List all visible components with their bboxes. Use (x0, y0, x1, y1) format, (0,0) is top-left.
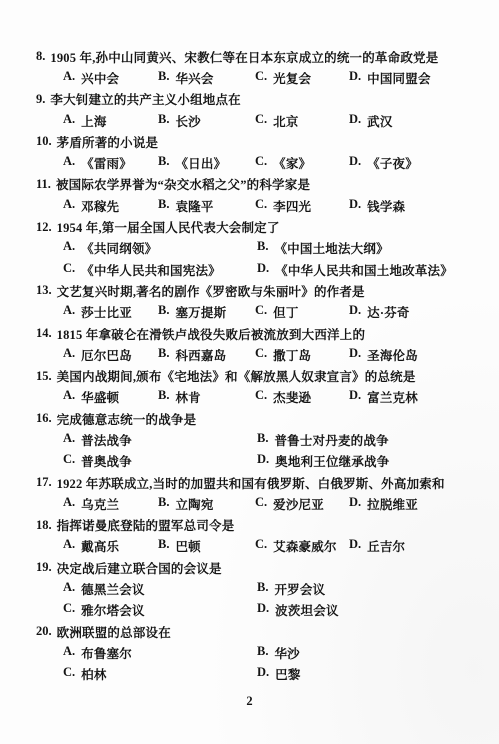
option-a: A.华盛顿 (63, 388, 158, 406)
option-text: 但丁 (273, 303, 298, 321)
option-label: A. (63, 537, 75, 555)
options-row: A.莎士比亚 B.塞万提斯 C.但丁 D.达·芬奇 (36, 302, 473, 323)
option-text: 李四光 (273, 197, 311, 215)
option-text: 拉脱维亚 (367, 495, 418, 513)
option-text: 普法战争 (81, 431, 132, 449)
option-d: D.拉脱维亚 (349, 495, 473, 513)
option-text: 钱学森 (367, 197, 405, 215)
option-label: D. (349, 346, 361, 364)
option-b: B.开罗会议 (257, 580, 473, 598)
option-d: D.圣海伦岛 (349, 346, 473, 364)
option-a: A.莎士比亚 (63, 303, 158, 321)
option-a: A.普法战争 (63, 431, 257, 449)
question-block-12: 12. 1954 年,第一届全国人民代表大会制定了 A.《共同纲领》 B.《中国… (36, 216, 473, 280)
option-a: A.邓稼先 (63, 197, 158, 215)
option-label: B. (257, 431, 268, 449)
question-number: 17. (36, 475, 52, 490)
option-b: B.长沙 (158, 112, 255, 130)
option-label: A. (63, 346, 75, 364)
options-row: A.厄尔巴岛 B.科西嘉岛 C.撒丁岛 D.圣海伦岛 (36, 344, 473, 365)
option-label: D. (349, 537, 361, 555)
option-label: B. (158, 69, 169, 87)
option-text: 《日出》 (175, 154, 226, 172)
option-text: 布鲁塞尔 (81, 644, 132, 662)
option-text: 《家》 (273, 154, 311, 172)
option-label: B. (158, 388, 169, 406)
options-row: C.普奥战争 D.奥地利王位继承战争 (36, 451, 473, 472)
option-label: D. (349, 495, 361, 513)
option-label: C. (255, 112, 267, 130)
option-text: 北京 (273, 112, 298, 130)
option-text: 普鲁士对丹麦的战争 (274, 431, 388, 449)
option-a: A.《雷雨》 (63, 154, 158, 172)
question-text: 被国际农学界誉为“杂交水稻之父”的科学家是 (56, 175, 310, 193)
question-line: 11. 被国际农学界誉为“杂交水稻之父”的科学家是 (36, 174, 473, 195)
options-row: A.布鲁塞尔 B.华沙 (36, 642, 473, 663)
question-line: 17. 1922 年苏联成立,当时的加盟共和国有俄罗斯、白俄罗斯、外高加索和 (36, 472, 473, 493)
option-label: A. (63, 112, 75, 130)
question-number: 20. (36, 624, 52, 639)
question-block-17: 17. 1922 年苏联成立,当时的加盟共和国有俄罗斯、白俄罗斯、外高加索和 A… (36, 472, 473, 515)
option-text: 艾森豪威尔 (273, 537, 337, 555)
question-number: 11. (36, 177, 51, 192)
option-text: 巴顿 (175, 537, 200, 555)
question-text: 文艺复兴时期,著名的剧作《罗密欧与朱丽叶》的作者是 (57, 282, 365, 300)
option-text: 乌克兰 (81, 495, 119, 513)
option-label: A. (63, 303, 75, 321)
option-text: 波茨坦会议 (275, 601, 339, 619)
option-text: 《中华人民共和国宪法》 (81, 261, 221, 279)
question-line: 14. 1815 年拿破仑在滑铁卢战役失败后被流放到大西洋上的 (36, 323, 473, 344)
option-c: C.光复会 (255, 69, 349, 87)
option-d: D.富兰克林 (349, 388, 473, 406)
option-d: D.钱学森 (349, 197, 473, 215)
question-number: 10. (36, 134, 52, 149)
option-a: A.上海 (63, 112, 158, 130)
option-a: A.德黑兰会议 (63, 580, 257, 598)
question-line: 15. 美国内战期间,颁布《宅地法》和《解放黑人奴隶宣言》的总统是 (36, 365, 473, 386)
option-label: C. (63, 452, 75, 470)
option-d: D.中国同盟会 (349, 69, 473, 87)
options-row: A.上海 B.长沙 C.北京 D.武汉 (36, 110, 473, 131)
option-text: 柏林 (81, 665, 106, 683)
option-label: B. (257, 580, 268, 598)
option-a: A.兴中会 (63, 69, 158, 87)
option-a: A.戴高乐 (63, 537, 158, 555)
option-text: 上海 (81, 112, 106, 130)
option-b: B.华兴会 (158, 69, 255, 87)
option-text: 华沙 (274, 644, 299, 662)
question-number: 16. (36, 411, 52, 426)
question-number: 15. (36, 369, 52, 384)
option-d: D.巴黎 (257, 665, 473, 683)
options-row: A.邓稼先 B.袁隆平 C.李四光 D.钱学森 (36, 195, 473, 216)
option-text: 普奥战争 (81, 452, 132, 470)
option-text: 德黑兰会议 (81, 580, 145, 598)
option-d: D.丘吉尔 (349, 537, 473, 555)
question-line: 10. 茅盾所著的小说是 (36, 131, 473, 152)
option-label: D. (349, 69, 361, 87)
question-block-14: 14. 1815 年拿破仑在滑铁卢战役失败后被流放到大西洋上的 A.厄尔巴岛 B… (36, 323, 473, 366)
options-row: C.《中华人民共和国宪法》 D.《中华人民共和国土地改革法》 (36, 259, 473, 280)
question-text: 李大钊建立的共产主义小组地点在 (50, 90, 241, 108)
options-row: A.戴高乐 B.巴顿 C.艾森豪威尔 D.丘吉尔 (36, 536, 473, 557)
question-block-9: 9. 李大钊建立的共产主义小组地点在 A.上海 B.长沙 C.北京 D.武汉 (36, 89, 473, 132)
option-text: 袁隆平 (175, 197, 213, 215)
option-label: C. (63, 261, 75, 279)
option-c: C.但丁 (255, 303, 349, 321)
option-d: D.波茨坦会议 (257, 601, 473, 619)
question-number: 9. (36, 92, 45, 107)
exam-page: 8. 1905 年,孙中山同黄兴、宋教仁等在日本东京成立的统一的革命政党是 A.… (0, 0, 499, 744)
option-d: D.奥地利王位继承战争 (257, 452, 473, 470)
option-a: A.厄尔巴岛 (63, 346, 158, 364)
question-block-15: 15. 美国内战期间,颁布《宅地法》和《解放黑人奴隶宣言》的总统是 A.华盛顿 … (36, 365, 473, 408)
option-label: C. (255, 388, 267, 406)
option-c: C.爱沙尼亚 (255, 495, 349, 513)
options-row: A.乌克兰 B.立陶宛 C.爱沙尼亚 D.拉脱维亚 (36, 493, 473, 514)
option-label: D. (349, 303, 361, 321)
option-text: 圣海伦岛 (367, 346, 418, 364)
option-label: A. (63, 69, 75, 87)
question-text: 1922 年苏联成立,当时的加盟共和国有俄罗斯、白俄罗斯、外高加索和 (57, 474, 445, 492)
question-line: 18. 指挥诺曼底登陆的盟军总司令是 (36, 515, 473, 536)
question-block-13: 13. 文艺复兴时期,著名的剧作《罗密欧与朱丽叶》的作者是 A.莎士比亚 B.塞… (36, 280, 473, 323)
option-text: 撒丁岛 (273, 346, 311, 364)
option-text: 巴黎 (275, 665, 300, 683)
option-text: 长沙 (175, 112, 200, 130)
option-label: D. (349, 388, 361, 406)
option-c: C.《家》 (255, 154, 349, 172)
option-label: D. (349, 112, 361, 130)
option-a: A.布鲁塞尔 (63, 644, 257, 662)
question-text: 指挥诺曼底登陆的盟军总司令是 (57, 516, 235, 534)
option-c: C.《中华人民共和国宪法》 (63, 261, 257, 279)
option-label: B. (158, 112, 169, 130)
option-label: C. (255, 69, 267, 87)
question-text: 1954 年,第一届全国人民代表大会制定了 (57, 218, 280, 236)
option-b: B.袁隆平 (158, 197, 255, 215)
option-text: 《中华人民共和国土地改革法》 (275, 261, 453, 279)
option-text: 杰斐逊 (273, 388, 311, 406)
options-row: A.《雷雨》 B.《日出》 C.《家》 D.《子夜》 (36, 152, 473, 173)
option-label: C. (63, 665, 75, 683)
option-label: B. (257, 644, 268, 662)
question-text: 1905 年,孙中山同黄兴、宋教仁等在日本东京成立的统一的革命政党是 (50, 48, 438, 66)
option-c: C.普奥战争 (63, 452, 257, 470)
question-number: 19. (36, 560, 52, 575)
option-b: B.塞万提斯 (158, 303, 255, 321)
option-label: C. (255, 303, 267, 321)
option-label: C. (255, 346, 267, 364)
option-c: C.北京 (255, 112, 349, 130)
option-label: A. (63, 239, 75, 257)
option-label: A. (63, 154, 75, 172)
question-line: 9. 李大钊建立的共产主义小组地点在 (36, 89, 473, 110)
option-label: D. (257, 601, 269, 619)
option-text: 《中国土地法大纲》 (274, 239, 388, 257)
option-c: C.杰斐逊 (255, 388, 349, 406)
option-b: B.华沙 (257, 644, 473, 662)
question-block-18: 18. 指挥诺曼底登陆的盟军总司令是 A.戴高乐 B.巴顿 C.艾森豪威尔 D.… (36, 515, 473, 558)
page-number: 2 (0, 694, 499, 709)
option-label: B. (158, 495, 169, 513)
option-label: D. (349, 197, 361, 215)
option-label: C. (63, 601, 75, 619)
option-text: 富兰克林 (367, 388, 418, 406)
option-a: A.《共同纲领》 (63, 239, 257, 257)
question-line: 12. 1954 年,第一届全国人民代表大会制定了 (36, 216, 473, 237)
option-d: D.《中华人民共和国土地改革法》 (257, 261, 473, 279)
question-block-11: 11. 被国际农学界誉为“杂交水稻之父”的科学家是 A.邓稼先 B.袁隆平 C.… (36, 174, 473, 217)
option-text: 雅尔塔会议 (81, 601, 145, 619)
question-line: 8. 1905 年,孙中山同黄兴、宋教仁等在日本东京成立的统一的革命政党是 (36, 46, 473, 67)
option-text: 立陶宛 (175, 495, 213, 513)
option-text: 《雷雨》 (81, 154, 132, 172)
option-text: 奥地利王位继承战争 (275, 452, 389, 470)
question-line: 13. 文艺复兴时期,著名的剧作《罗密欧与朱丽叶》的作者是 (36, 280, 473, 301)
option-text: 厄尔巴岛 (81, 346, 132, 364)
question-text: 欧洲联盟的总部设在 (57, 623, 171, 641)
option-c: C.艾森豪威尔 (255, 537, 349, 555)
question-number: 18. (36, 518, 52, 533)
option-d: D.达·芬奇 (349, 303, 473, 321)
options-row: A.华盛顿 B.林肯 C.杰斐逊 D.富兰克林 (36, 387, 473, 408)
option-text: 科西嘉岛 (175, 346, 226, 364)
option-label: B. (158, 303, 169, 321)
options-row: A.普法战争 B.普鲁士对丹麦的战争 (36, 429, 473, 450)
option-text: 光复会 (273, 69, 311, 87)
option-label: B. (158, 346, 169, 364)
option-label: B. (158, 154, 169, 172)
question-text: 完成德意志统一的战争是 (57, 410, 197, 428)
option-b: B.《中国土地法大纲》 (257, 239, 473, 257)
question-text: 决定战后建立联合国的会议是 (57, 559, 222, 577)
option-text: 华兴会 (175, 69, 213, 87)
option-text: 开罗会议 (274, 580, 325, 598)
option-c: C.雅尔塔会议 (63, 601, 257, 619)
question-number: 12. (36, 220, 52, 235)
option-b: B.巴顿 (158, 537, 255, 555)
option-text: 达·芬奇 (367, 303, 409, 321)
question-number: 14. (36, 326, 52, 341)
option-text: 邓稼先 (81, 197, 119, 215)
option-text: 华盛顿 (81, 388, 119, 406)
question-line: 20. 欧洲联盟的总部设在 (36, 621, 473, 642)
question-block-19: 19. 决定战后建立联合国的会议是 A.德黑兰会议 B.开罗会议 C.雅尔塔会议… (36, 557, 473, 621)
question-number: 13. (36, 283, 52, 298)
option-label: B. (257, 239, 268, 257)
option-b: B.普鲁士对丹麦的战争 (257, 431, 473, 449)
option-label: D. (349, 154, 361, 172)
option-label: A. (63, 388, 75, 406)
option-label: D. (257, 261, 269, 279)
option-text: 兴中会 (81, 69, 119, 87)
options-row: C.雅尔塔会议 D.波茨坦会议 (36, 600, 473, 621)
option-label: A. (63, 644, 75, 662)
option-label: A. (63, 431, 75, 449)
option-b: B.《日出》 (158, 154, 255, 172)
question-text: 茅盾所著的小说是 (57, 133, 159, 151)
option-text: 爱沙尼亚 (273, 495, 324, 513)
option-text: 《子夜》 (367, 154, 418, 172)
options-row: A.《共同纲领》 B.《中国土地法大纲》 (36, 238, 473, 259)
option-c: C.撒丁岛 (255, 346, 349, 364)
option-text: 中国同盟会 (367, 69, 431, 87)
option-label: A. (63, 197, 75, 215)
question-block-8: 8. 1905 年,孙中山同黄兴、宋教仁等在日本东京成立的统一的革命政党是 A.… (36, 46, 473, 89)
option-text: 林肯 (175, 388, 200, 406)
option-label: B. (158, 537, 169, 555)
question-line: 16. 完成德意志统一的战争是 (36, 408, 473, 429)
option-text: 戴高乐 (81, 537, 119, 555)
options-row: A.兴中会 B.华兴会 C.光复会 D.中国同盟会 (36, 67, 473, 88)
option-d: D.《子夜》 (349, 154, 473, 172)
option-text: 武汉 (367, 112, 392, 130)
option-text: 塞万提斯 (175, 303, 226, 321)
option-c: C.柏林 (63, 665, 257, 683)
option-label: A. (63, 495, 75, 513)
option-label: D. (257, 665, 269, 683)
question-block-10: 10. 茅盾所著的小说是 A.《雷雨》 B.《日出》 C.《家》 D.《子夜》 (36, 131, 473, 174)
question-line: 19. 决定战后建立联合国的会议是 (36, 557, 473, 578)
option-label: C. (255, 537, 267, 555)
option-label: B. (158, 197, 169, 215)
question-text: 美国内战期间,颁布《宅地法》和《解放黑人奴隶宣言》的总统是 (57, 367, 416, 385)
question-block-20: 20. 欧洲联盟的总部设在 A.布鲁塞尔 B.华沙 C.柏林 D.巴黎 (36, 621, 473, 685)
options-row: A.德黑兰会议 B.开罗会议 (36, 578, 473, 599)
question-number: 8. (36, 49, 45, 64)
option-label: C. (255, 495, 267, 513)
option-b: B.林肯 (158, 388, 255, 406)
option-a: A.乌克兰 (63, 495, 158, 513)
option-label: C. (255, 154, 267, 172)
option-text: 丘吉尔 (367, 537, 405, 555)
option-text: 莎士比亚 (81, 303, 132, 321)
option-label: C. (255, 197, 267, 215)
option-text: 《共同纲领》 (81, 239, 157, 257)
option-label: A. (63, 580, 75, 598)
option-c: C.李四光 (255, 197, 349, 215)
question-block-16: 16. 完成德意志统一的战争是 A.普法战争 B.普鲁士对丹麦的战争 C.普奥战… (36, 408, 473, 472)
question-text: 1815 年拿破仑在滑铁卢战役失败后被流放到大西洋上的 (57, 325, 366, 343)
option-d: D.武汉 (349, 112, 473, 130)
option-b: B.科西嘉岛 (158, 346, 255, 364)
options-row: C.柏林 D.巴黎 (36, 664, 473, 685)
option-b: B.立陶宛 (158, 495, 255, 513)
option-label: D. (257, 452, 269, 470)
